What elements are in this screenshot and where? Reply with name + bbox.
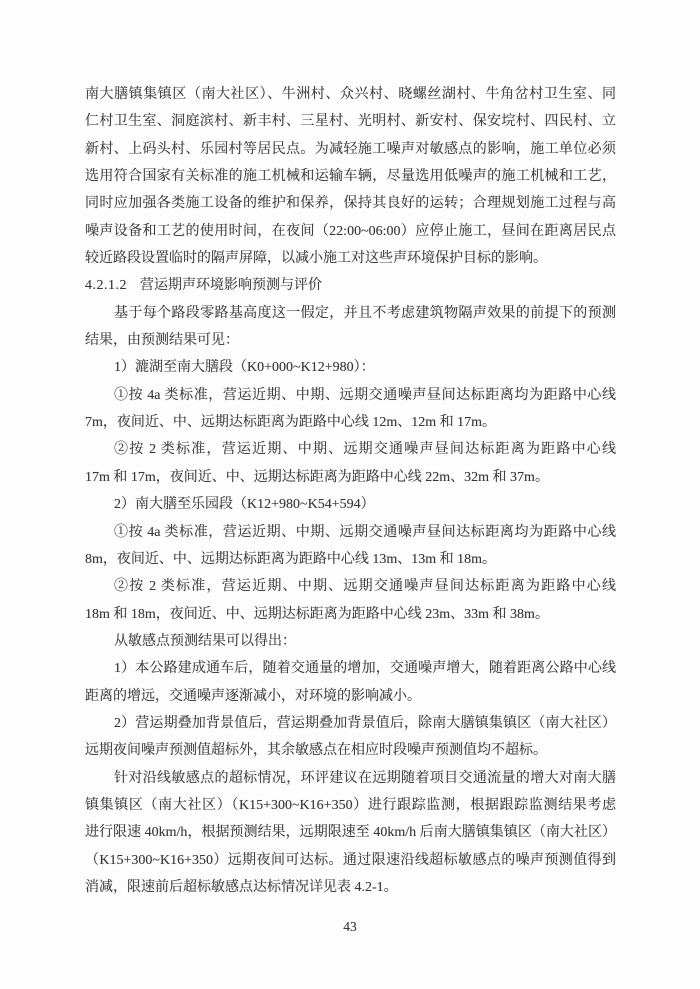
- page-text: 南大膳镇集镇区（南大社区）、牛洲村、众兴村、晓螺丝湖村、牛角岔村卫生室、同 仁村…: [85, 81, 616, 901]
- text-line: 进行限速 40km/h，根据预测结果，远期限速至 40km/h 后南大膳镇集镇区…: [85, 819, 616, 846]
- text-line: 南大膳镇集镇区（南大社区）、牛洲村、众兴村、晓螺丝湖村、牛角岔村卫生室、同: [85, 81, 616, 108]
- text-line: 较近路段设置临时的隔声屏障，以减小施工对这些声环境保护目标的影响。: [85, 245, 616, 272]
- text-line: 新村、上码头村、乐园村等居民点。为减轻施工噪声对敏感点的影响，施工单位必须: [85, 136, 616, 163]
- section-number: 4.2.1.2: [85, 278, 127, 293]
- text-line: 选用符合国家有关标准的施工机械和运输车辆，尽量选用低噪声的施工机械和工艺，: [85, 163, 616, 190]
- text-line: 从敏感点预测结果可以得出：: [85, 628, 616, 655]
- text-line: 17m 和 17m，夜间近、中、远期达标距离为距路中心线 22m、32m 和 3…: [85, 464, 616, 491]
- page-number: 43: [0, 919, 700, 935]
- text-line: 消减，限速前后超标敏感点达标情况详见表 4.2-1。: [85, 874, 616, 901]
- text-line: 结果，由预测结果可见：: [85, 327, 616, 354]
- text-line: 2）南大膳至乐园段（K12+980~K54+594）: [85, 491, 616, 518]
- text-line: 距离的增远，交通噪声逐渐减小，对环境的影响减小。: [85, 683, 616, 710]
- section-title: 营运期声环境影响预测与评价: [140, 278, 322, 293]
- text-line: ①按 4a 类标准，营运近期、中期、远期交通噪声昼间达标距离均为距路中心线: [85, 382, 616, 409]
- text-line: 针对沿线敏感点的超标情况，环评建议在远期随着项目交通流量的增大对南大膳: [85, 765, 616, 792]
- text-line: 1）漉湖至南大膳段（K0+000~K12+980）：: [85, 354, 616, 381]
- section-heading: 4.2.1.2营运期声环境影响预测与评价: [85, 272, 616, 299]
- text-line: ②按 2 类标准，营运近期、中期、远期交通噪声昼间达标距离为距路中心线 12m、: [85, 436, 616, 463]
- text-line: 18m 和 18m，夜间近、中、远期达标距离为距路中心线 23m、33m 和 3…: [85, 601, 616, 628]
- text-line: 镇集镇区（南大社区）（K15+300~K16+350）进行跟踪监测，根据跟踪监测…: [85, 792, 616, 819]
- text-line: 同时应加强各类施工设备的维护和保养，保持其良好的运转；合理规划施工过程与高: [85, 190, 616, 217]
- text-line: 远期夜间噪声预测值超标外，其余敏感点在相应时段噪声预测值均不超标。: [85, 737, 616, 764]
- text-line: 仁村卫生室、洞庭滨村、新丰村、三星村、光明村、新安村、保安垸村、四民村、立: [85, 108, 616, 135]
- text-line: 1）本公路建成通车后，随着交通量的增加，交通噪声增大，随着距离公路中心线: [85, 655, 616, 682]
- text-line: 噪声设备和工艺的使用时间，在夜间（22:00~06:00）应停止施工，昼间在距离…: [85, 218, 616, 245]
- text-line: 7m，夜间近、中、远期达标距离为距路中心线 12m、12m 和 17m。: [85, 409, 616, 436]
- text-line: ②按 2 类标准，营运近期、中期、远期交通噪声昼间达标距离为距路中心线 13m、: [85, 573, 616, 600]
- text-line: 8m，夜间近、中、远期达标距离为距路中心线 13m、13m 和 18m。: [85, 546, 616, 573]
- text-line: （K15+300~K16+350）远期夜间可达标。通过限速沿线超标敏感点的噪声预…: [85, 847, 616, 874]
- text-line: 2）营运期叠加背景值后，营运期叠加背景值后，除南大膳镇集镇区（南大社区）: [85, 710, 616, 737]
- text-line: 基于每个路段零路基高度这一假定，并且不考虑建筑物隔声效果的前提下的预测: [85, 300, 616, 327]
- document-page: 南大膳镇集镇区（南大社区）、牛洲村、众兴村、晓螺丝湖村、牛角岔村卫生室、同 仁村…: [0, 0, 700, 989]
- text-line: ①按 4a 类标准，营运近期、中期、远期交通噪声昼间达标距离均为距路中心线: [85, 519, 616, 546]
